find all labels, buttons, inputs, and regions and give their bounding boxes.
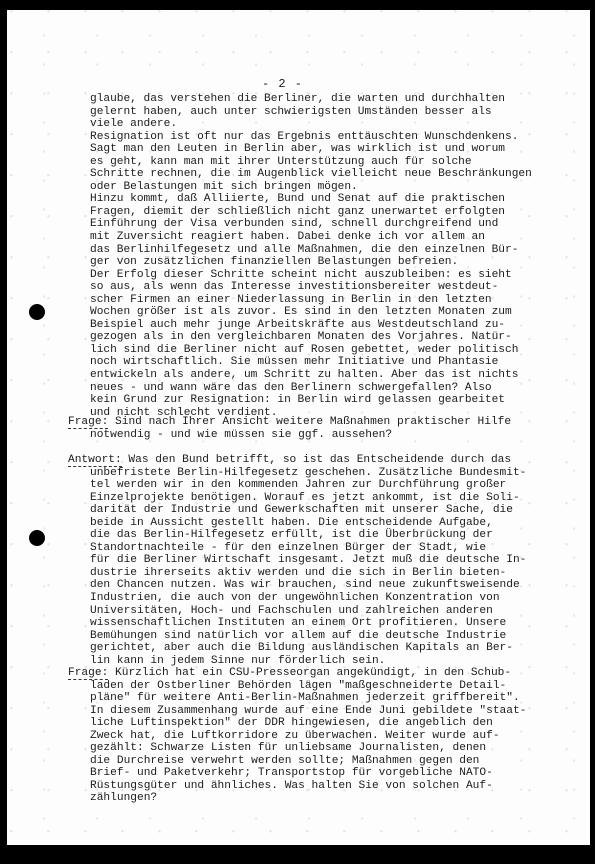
punch-hole-bottom [29, 530, 45, 546]
continuation-line: Brief- und Paketverkehr; Transportstop f… [68, 767, 588, 780]
continuation-line: Standortnachteile - für den einzelnen Bü… [68, 542, 588, 555]
text-line: so aus, als wenn das Interesse investiti… [90, 281, 590, 294]
page-number: - 2 - [262, 77, 303, 91]
question-label: Frage: [68, 416, 108, 429]
continuation-line: gezählt: Schwarze Listen für unliebsame … [68, 742, 588, 755]
continuation-line: laden der Ostberliner Behörden lägen "ma… [68, 680, 588, 693]
question-first-line: Frage: Kürzlich hat ein CSU-Presseorgan … [68, 667, 588, 680]
text-line: Fragen, diemit der schließlich nicht gan… [90, 206, 590, 219]
continuation-line: liche Luftinspektion" der DDR hingewiese… [68, 717, 588, 730]
document-page: - 2 - glaube, das verstehen die Berliner… [7, 10, 590, 845]
continuation-line: Universitäten, Hoch- und Fachschulen und… [68, 605, 588, 618]
continuation-line: für die Berliner Wirtschaft insgesamt. J… [68, 554, 588, 567]
question-label: Frage: [68, 667, 108, 680]
question-block-1: Frage: Sind nach Ihrer Ansicht weitere M… [68, 416, 588, 441]
continuation-line: lin kann in jedem Sinne nur förderlich s… [68, 655, 588, 668]
question-block-2: Frage: Kürzlich hat ein CSU-Presseorgan … [68, 667, 588, 805]
text-line: Wochen größer ist als zuvor. Es sind in … [90, 306, 590, 319]
continuation-line: pläne" für weitere Anti-Berlin-Maßnahmen… [68, 692, 588, 705]
continuation-line: tel werden wir in den kommenden Jahren z… [68, 479, 588, 492]
continuation-line: den Chancen nutzen. Was wir brauchen, si… [68, 579, 588, 592]
text-line: es geht, kann man mit ihrer Unterstützun… [90, 156, 590, 169]
punch-hole-top [29, 304, 45, 320]
answer-block: Antwort: Was den Bund betrifft, so ist d… [68, 454, 588, 667]
intro-paragraphs: glaube, das verstehen die Berliner, die … [90, 93, 590, 419]
text-line: Einführung der Visa verbunden sind, schn… [90, 218, 590, 231]
text-line: Beispiel auch mehr junge Arbeitskräfte a… [90, 319, 590, 332]
continuation-line: Bemühungen sind natürlich vor allem auf … [68, 630, 588, 643]
text-line: gelernt haben, auch unter schwierigsten … [90, 106, 590, 119]
text-line: entwickeln als andere, um Schritt zu hal… [90, 369, 590, 382]
text-line: das Berlinhilfegesetz und alle Maßnahmen… [90, 244, 590, 257]
text-line: gezogen als in den vergleichbaren Monate… [90, 331, 590, 344]
text-line: kein Grund zur Resignation: in Berlin wi… [90, 394, 590, 407]
continuation-line: Einzelprojekte benötigen. Worauf es jetz… [68, 492, 588, 505]
answer-label: Antwort: [68, 454, 122, 467]
text-line: scher Firmen an einer Niederlassung in B… [90, 294, 590, 307]
continuation-line: dustrie ihrerseits aktiv werden und die … [68, 567, 588, 580]
text-line: Hinzu kommt, daß Alliierte, Bund und Sen… [90, 193, 590, 206]
text-line: Resignation ist oft nur das Ergebnis ent… [90, 131, 590, 144]
continuation-line: die das Berlin-Hilfegesetz erfüllt, ist … [68, 529, 588, 542]
continuation-line: Rüstungsgüter und ähnliches. Was halten … [68, 780, 588, 793]
answer-first-line: Antwort: Was den Bund betrifft, so ist d… [68, 454, 588, 467]
continuation-line: beide in Aussicht gestellt haben. Die en… [68, 517, 588, 530]
text-line: mit Zuversicht reagiert haben. Dabei den… [90, 231, 590, 244]
continuation-line: gerichtet, aber auch die Bildung ausländ… [68, 642, 588, 655]
text-line: lich sind die Berliner nicht auf Rosen g… [90, 344, 590, 357]
text-line: Der Erfolg dieser Schritte scheint nicht… [90, 269, 590, 282]
text-line: noch wirtschaftlich. Sie müssen mehr Ini… [90, 356, 590, 369]
continuation-line: wissenschaftlichen Instituten an einem O… [68, 617, 588, 630]
text-line: Schritte rechnen, die im Augenblick viel… [90, 168, 590, 181]
continuation-line: darität der Industrie und Gewerkschaften… [68, 504, 588, 517]
continuation-line: zählungen? [68, 792, 588, 805]
continuation-line: Industrien, die auch von der ungewöhnlic… [68, 592, 588, 605]
text-line: glaube, das verstehen die Berliner, die … [90, 93, 590, 106]
question-first-line: Frage: Sind nach Ihrer Ansicht weitere M… [68, 416, 588, 429]
continuation-line: Zweck hat, die Luftkorridore zu überwach… [68, 730, 588, 743]
text-line: oder Belastungen mit sich bringen mögen. [90, 181, 590, 194]
text-line: viele andere. [90, 118, 590, 131]
text-line: neues - und wann wäre das den Berlinern … [90, 382, 590, 395]
text-line: ger von zusätzlichen finanziellen Belast… [90, 256, 590, 269]
question-continuation: notwendig - und wie müssen sie ggf. auss… [68, 429, 588, 442]
continuation-line: In diesem Zusammenhang wurde auf eine En… [68, 705, 588, 718]
continuation-line: unbefristete Berlin-Hilfegesetz geschehe… [68, 467, 588, 480]
text-line: Sagt man den Leuten in Berlin aber, was … [90, 143, 590, 156]
continuation-line: die Durchreise verwehrt werden sollte; M… [68, 755, 588, 768]
